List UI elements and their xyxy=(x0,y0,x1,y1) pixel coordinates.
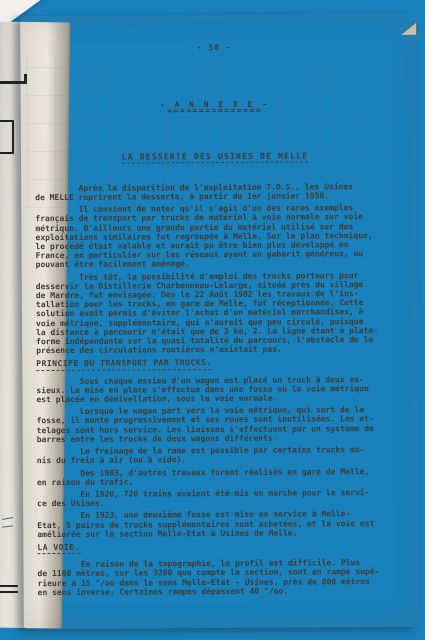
paragraph-context: Il convient de noter qu'il s'agit d'un d… xyxy=(35,203,395,270)
paragraph-trucks-1: Sous chaque essieu d'un wagon est placé … xyxy=(36,375,396,405)
paragraph-intro: Après la disparition de l'exploitation T… xyxy=(35,182,395,203)
page-number: - 58 - xyxy=(34,42,394,53)
underpage-rule-top xyxy=(0,585,18,587)
document-page: - 58 - - A N N E X E - =============== L… xyxy=(20,14,420,629)
paragraph-history: Très tôt, la possibilité d'emploi des tr… xyxy=(36,271,396,356)
paragraph-1903: Dès 1903, d'autres travaux furent réalis… xyxy=(37,466,397,487)
paragraph-trucks-2: Lorsque le wagon part vers la voie métri… xyxy=(37,405,397,444)
document-title: LA DESSERTE DES USINES DE MELLE xyxy=(122,151,309,163)
paragraph-trucks-3: Le freinage de la rame est possible par … xyxy=(37,445,397,466)
annexe-heading-underline: =============== xyxy=(35,105,395,116)
typewritten-content: - 58 - - A N N E X E - =============== L… xyxy=(34,42,397,600)
paragraph-1923: En 1923, une deuxième fosse est mise en … xyxy=(37,509,397,539)
section-heading-principe: PRINCIPE DU TRANSPORT PAR TRUCKS. xyxy=(36,359,212,371)
section-heading-voie: LA VOIE. xyxy=(37,543,80,554)
folded-corner-flap xyxy=(401,23,416,35)
section-heading-row: PRINCIPE DU TRANSPORT PAR TRUCKS. xyxy=(36,357,396,370)
folded-corner-notch xyxy=(403,13,417,24)
underpage-diagram-box xyxy=(0,120,14,154)
underpage-rule-bottom xyxy=(0,591,18,593)
paragraph-topographie: En raison de la topographie, le profil e… xyxy=(37,558,397,597)
section-heading-row: LA VOIE. xyxy=(37,541,397,554)
document-title-row: LA DESSERTE DES USINES DE MELLE xyxy=(35,151,395,164)
paragraph-1920: En 1920, 720 trains avaient été mis en m… xyxy=(37,488,397,509)
